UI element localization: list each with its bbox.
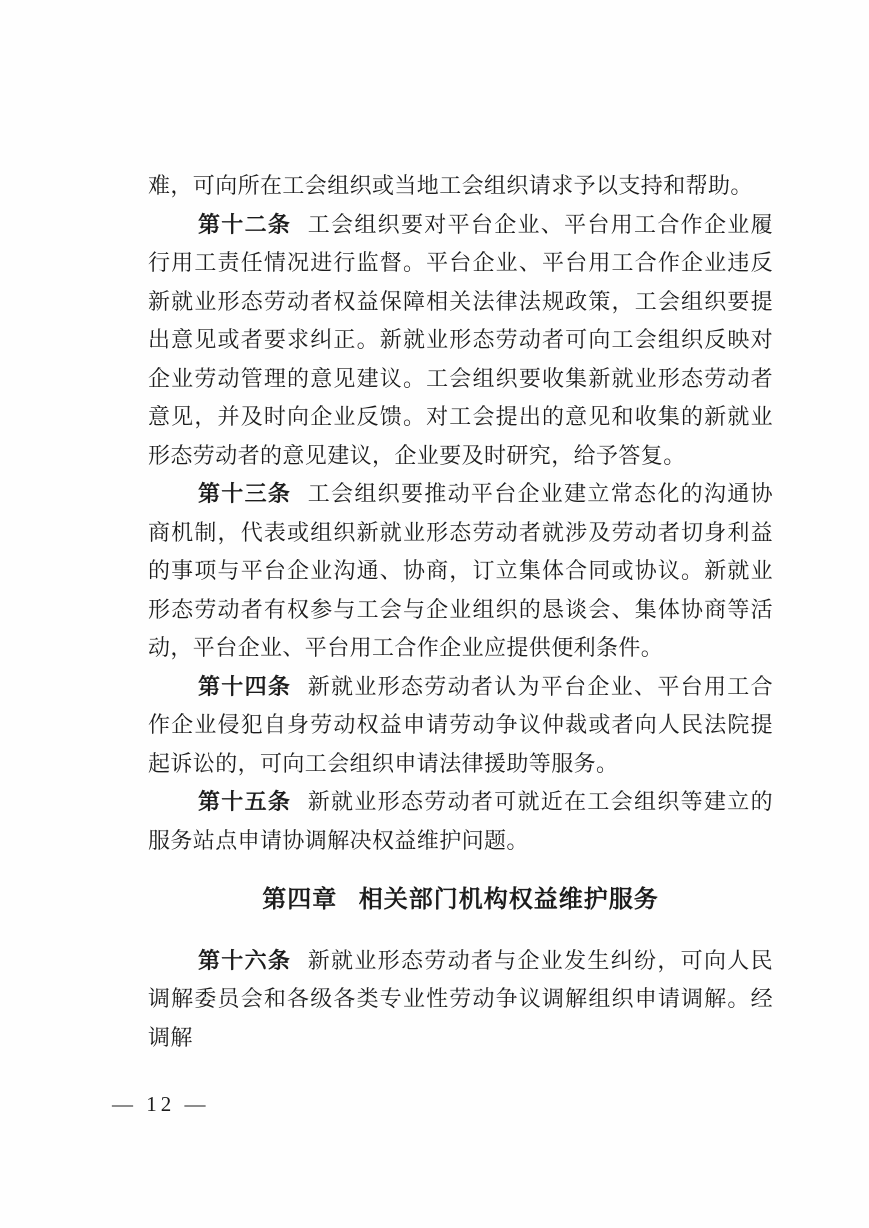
paragraph: 第十三条工会组织要推动平台企业建立常态化的沟通协商机制，代表或组织新就业形态劳动… (148, 475, 773, 668)
article-number: 第十四条 (198, 674, 291, 699)
article-number: 第十三条 (198, 481, 291, 506)
chapter-heading: 第四章相关部门机构权益维护服务 (148, 881, 773, 920)
paragraph: 第十二条工会组织要对平台企业、平台用工合作企业履行用工责任情况进行监督。平台企业… (148, 206, 773, 476)
paragraph-text: 工会组织要推动平台企业建立常态化的沟通协商机制，代表或组织新就业形态劳动者就涉及… (148, 481, 773, 660)
paragraph: 第十五条新就业形态劳动者可就近在工会组织等建立的服务站点申请协调解决权益维护问题… (148, 783, 773, 860)
chapter-title: 相关部门机构权益维护服务 (359, 887, 659, 913)
paragraph: 第十六条新就业形态劳动者与企业发生纠纷，可向人民调解委员会和各级各类专业性劳动争… (148, 942, 773, 1058)
chapter-label: 第四章 (262, 887, 337, 913)
document-body: 难，可向所在工会组织或当地工会组织请求予以支持和帮助。 第十二条工会组织要对平台… (148, 167, 773, 1057)
paragraph: 第十四条新就业形态劳动者认为平台企业、平台用工合作企业侵犯自身劳动权益申请劳动争… (148, 668, 773, 784)
document-page: 难，可向所在工会组织或当地工会组织请求予以支持和帮助。 第十二条工会组织要对平台… (0, 0, 869, 1228)
page-number: — 12 — (112, 1092, 210, 1117)
article-number: 第十五条 (198, 789, 291, 814)
article-number: 第十六条 (198, 948, 291, 973)
article-number: 第十二条 (198, 212, 291, 237)
paragraph-text: 工会组织要对平台企业、平台用工合作企业履行用工责任情况进行监督。平台企业、平台用… (148, 212, 773, 468)
paragraph: 难，可向所在工会组织或当地工会组织请求予以支持和帮助。 (148, 167, 773, 206)
paragraph-text: 难，可向所在工会组织或当地工会组织请求予以支持和帮助。 (148, 173, 753, 198)
